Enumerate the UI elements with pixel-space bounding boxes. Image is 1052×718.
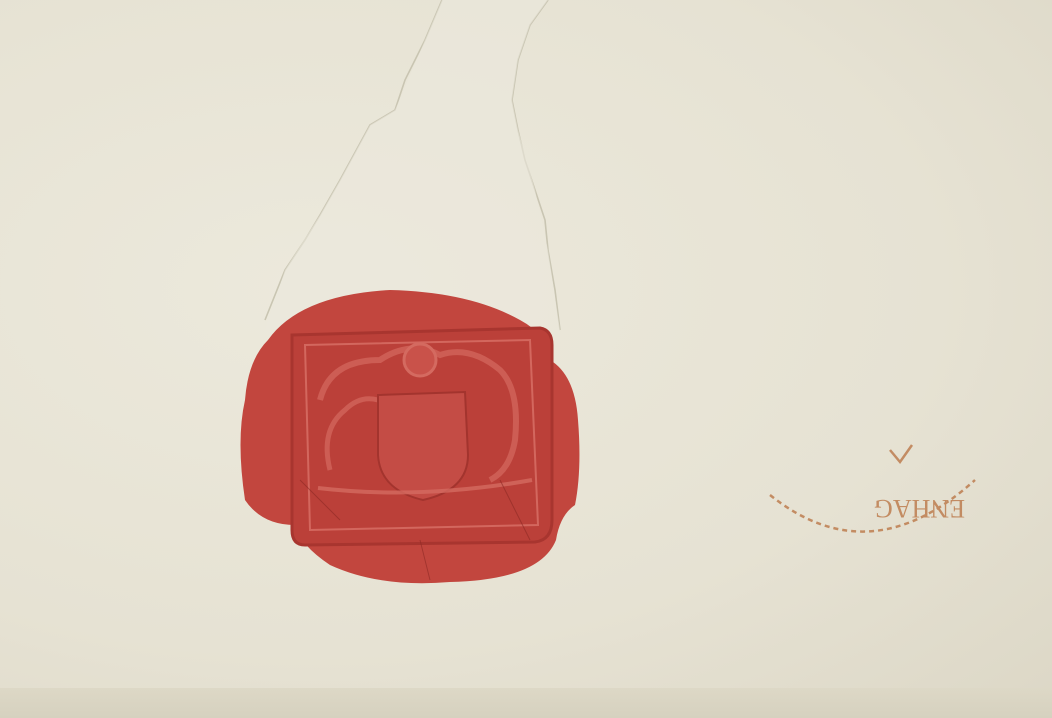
postmark: ENHAG xyxy=(770,445,975,532)
postmark-text: ENHAG xyxy=(874,494,965,523)
shield xyxy=(378,392,468,500)
wax-seal xyxy=(241,290,580,583)
scene-illustration: ENHAG xyxy=(0,0,1052,718)
